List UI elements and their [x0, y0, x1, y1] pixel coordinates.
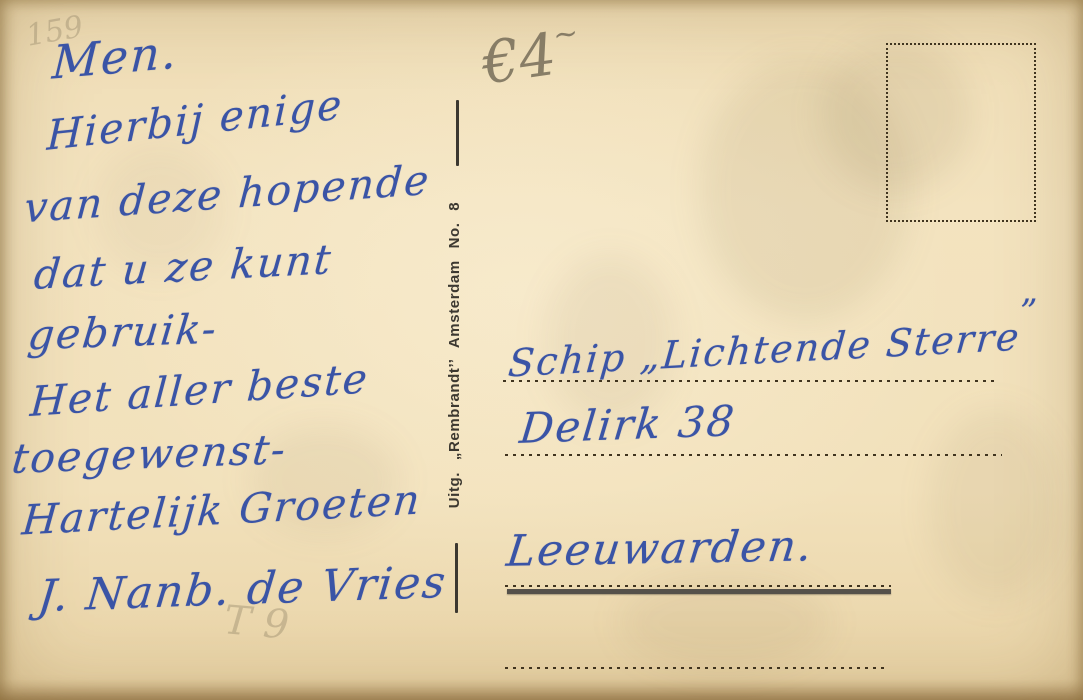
- address-line-1-closing-quote: ”: [1020, 292, 1039, 332]
- message-line: Hartelijk Groeten: [20, 475, 423, 544]
- message-signature: J. Nanb. de Vries: [35, 557, 449, 622]
- divider-dash-top: [456, 100, 459, 166]
- paper-stain: [700, 60, 910, 320]
- address-rule-1: [503, 380, 997, 382]
- address-line-3: Leeuwarden.: [504, 521, 817, 576]
- address-rule-2: [505, 454, 1002, 456]
- message-line: gebruik-: [26, 305, 221, 360]
- pencil-price-mark: ~: [551, 15, 581, 53]
- address-line-1: Schip „Lichtende Sterre: [506, 314, 1022, 385]
- stamp-box: [886, 43, 1036, 222]
- address-rule-3: [505, 585, 891, 587]
- pencil-price: €4~: [478, 15, 586, 97]
- message-line: Hierbij enige: [46, 80, 344, 160]
- message-line: Men.: [51, 24, 180, 89]
- message-line: dat u ze kunt: [32, 235, 334, 299]
- address-rule-4: [505, 667, 889, 669]
- address-line-2: Delirk 38: [517, 396, 738, 453]
- pencil-price-value: €4: [478, 20, 561, 98]
- message-line: van deze hopende: [23, 156, 432, 233]
- address-underline-bar: [507, 589, 891, 594]
- divider-dash-bottom: [455, 543, 458, 613]
- message-line: toegewenst-: [10, 425, 290, 483]
- postcard-back: 159 T 9 Men. Hierbij enige van deze hope…: [0, 0, 1083, 700]
- paper-stain: [930, 410, 1060, 600]
- message-line: Het aller beste: [29, 354, 371, 426]
- publisher-imprint: Uitg. „Rembrandt’’ Amsterdam No. 8: [446, 175, 468, 535]
